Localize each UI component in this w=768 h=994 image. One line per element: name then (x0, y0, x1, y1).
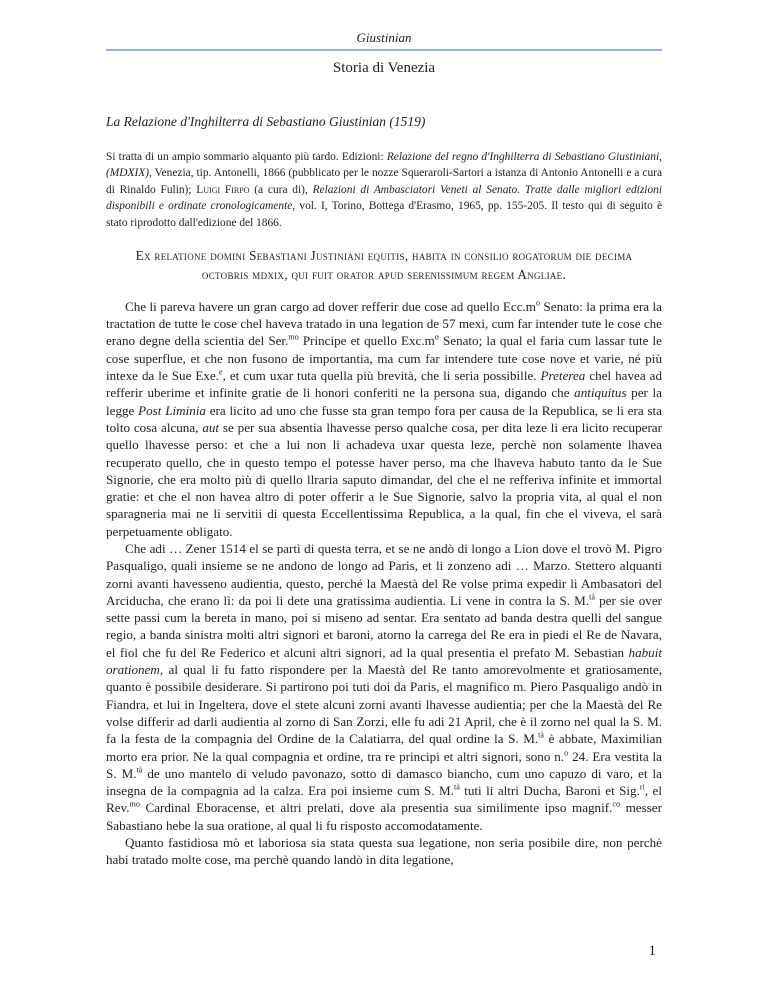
document-body: La Relazione d'Inghilterra di Sebastiano… (106, 113, 662, 869)
page-header: Giustinian Storia di Venezia (106, 30, 662, 77)
latin-heading: Ex relatione domini Sebastiani Justinian… (120, 246, 648, 285)
document-page: Giustinian Storia di Venezia La Relazion… (0, 0, 768, 994)
page-number: 1 (649, 942, 657, 960)
header-rule (106, 49, 662, 51)
body-paragraphs: Che li pareva havere un gran cargo ad do… (106, 298, 662, 869)
running-title: Giustinian (106, 30, 662, 46)
paragraph: Che li pareva havere un gran cargo ad do… (106, 298, 662, 540)
article-title: La Relazione d'Inghilterra di Sebastiano… (106, 113, 662, 130)
paragraph: Quanto fastidiosa mò et laboriosa sia st… (106, 834, 662, 869)
paragraph: Che adi … Zener 1514 el se partì di ques… (106, 540, 662, 834)
editorial-note: Si tratta di un ampio sommario alquanto … (106, 149, 662, 231)
header-subtitle: Storia di Venezia (106, 59, 662, 77)
